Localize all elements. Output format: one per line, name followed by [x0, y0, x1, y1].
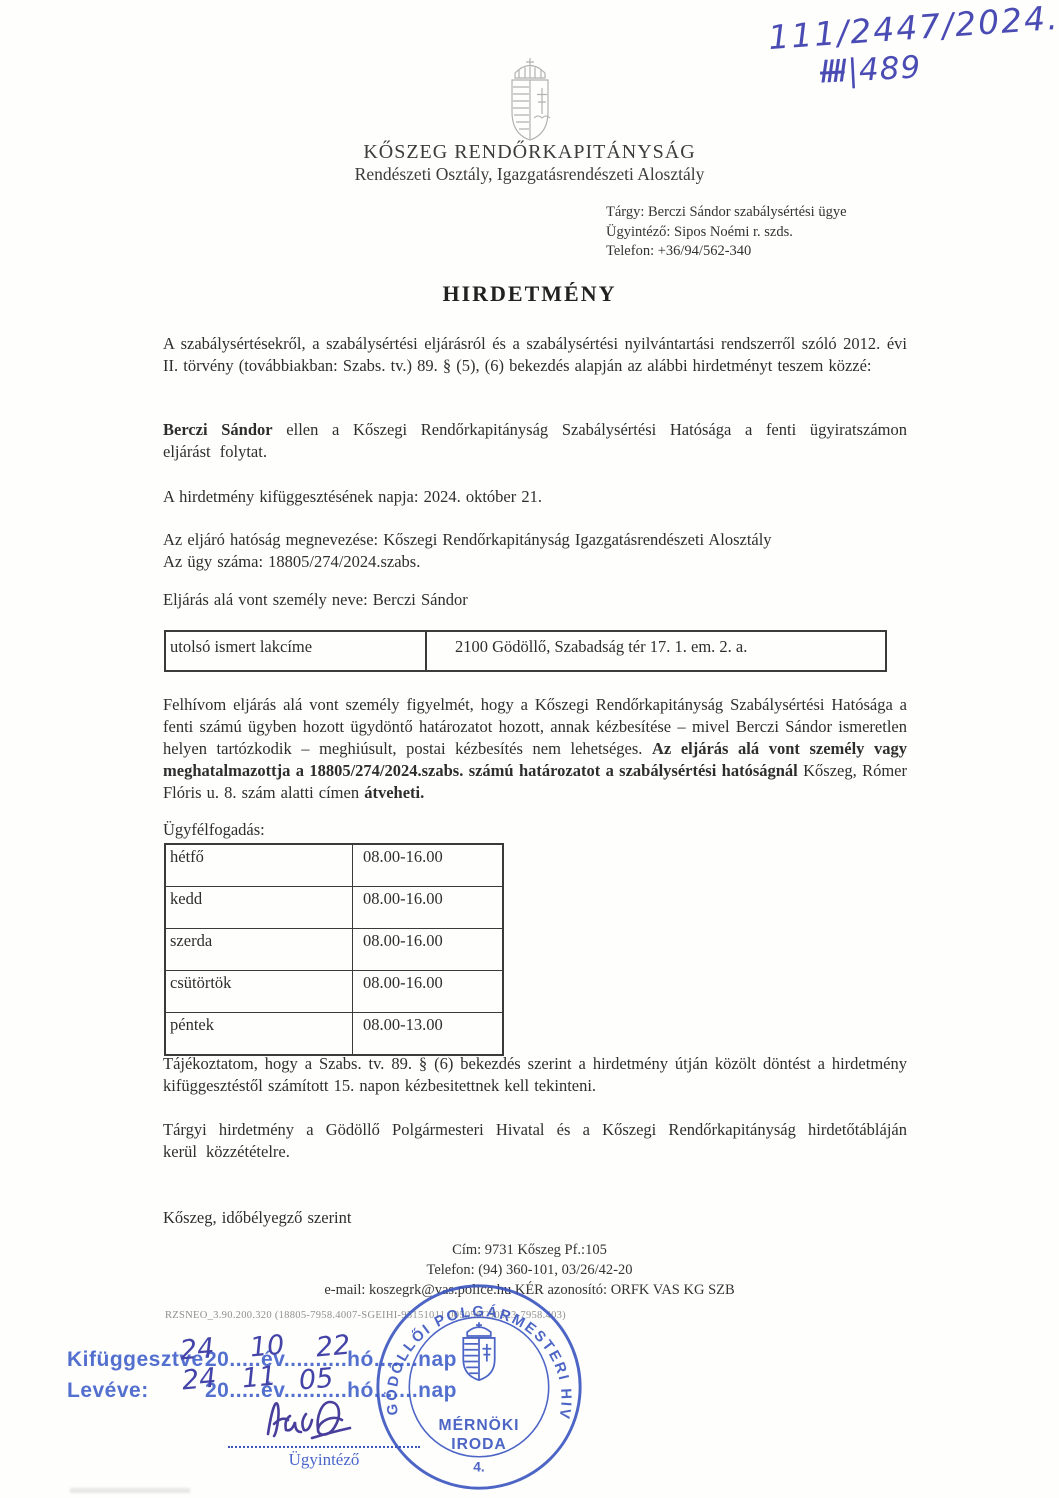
- org-department: Rendészeti Osztály, Igazgatásrendészeti …: [0, 164, 1059, 185]
- office-hours-table: hétfő 08.00-16.00 kedd 08.00-16.00 szerd…: [164, 843, 504, 1056]
- office-hours-day: csütörtök: [165, 971, 353, 1013]
- office-hours-value: 08.00-13.00: [353, 1013, 504, 1056]
- office-hours-value: 08.00-16.00: [353, 844, 504, 887]
- round-stamp-number: 4.: [473, 1459, 484, 1474]
- table-row: csütörtök 08.00-16.00: [165, 971, 503, 1013]
- hungarian-coat-of-arms-icon: [498, 56, 562, 149]
- footer-phone: Telefon: (94) 360-101, 03/26/42-20: [0, 1262, 1059, 1279]
- office-hours-day: hétfő: [165, 844, 353, 887]
- table-row: szerda 08.00-16.00: [165, 929, 503, 971]
- round-stamp-center-line1: MÉRNÖKI: [439, 1415, 520, 1434]
- round-stamp-ring-text: GÖDÖLLŐI POLGÁRMESTERI HIVATAL: [368, 1281, 574, 1421]
- footer-address: Cím: 9731 Kőszeg Pf.:105: [0, 1242, 1059, 1259]
- paragraph-delivery-notice: Felhívom eljárás alá vont személy figyel…: [163, 694, 907, 804]
- scan-artifact-smudge: [70, 1488, 190, 1493]
- table-row: péntek 08.00-13.00: [165, 1013, 503, 1056]
- case-number-line: Az ügy száma: 18805/274/2024.szabs.: [163, 551, 907, 573]
- authority-name-line: Az eljáró hatóság megnevezése: Kőszegi R…: [163, 529, 907, 551]
- office-hours-day: péntek: [165, 1013, 353, 1056]
- handwritten-posted-month: 10: [249, 1330, 286, 1364]
- meta-block: Tárgy: Berczi Sándor szabálysértési ügye…: [606, 203, 847, 262]
- handwritten-removed-year: 24: [181, 1363, 218, 1397]
- document-title: HIRDETMÉNY: [0, 281, 1059, 307]
- office-hours-value: 08.00-16.00: [353, 971, 504, 1013]
- handwritten-posted-day: 22: [315, 1330, 352, 1364]
- tally-rest: |489: [847, 49, 922, 89]
- paragraph-place-date: Kőszeg, időbélyegző szerint: [163, 1207, 907, 1229]
- office-hours-day: szerda: [165, 929, 353, 971]
- table-row: hétfő 08.00-16.00: [165, 844, 503, 887]
- paragraph-publication-places: Tárgyi hirdetmény a Gödöllő Polgármester…: [163, 1119, 907, 1163]
- meta-subject: Tárgy: Berczi Sándor szabálysértési ügye: [606, 203, 847, 223]
- meta-clerk: Ügyintéző: Sipos Noémi r. szds.: [606, 223, 847, 243]
- office-hours-heading: Ügyfélfogadás:: [163, 820, 265, 840]
- handwritten-case-number: 111/2447/2024.: [767, 0, 1059, 57]
- address-table-value: 2100 Gödöllő, Szabadság tér 17. 1. em. 2…: [427, 632, 885, 670]
- handwritten-tally-number: IIII|489: [819, 49, 922, 90]
- office-hours-day: kedd: [165, 887, 353, 929]
- tally-marks: IIII: [819, 53, 845, 90]
- office-hours-value: 08.00-16.00: [353, 887, 504, 929]
- delivery-notice-bold2: átveheti.: [364, 783, 424, 802]
- paragraph-subject-person: Berczi Sándor ellen a Kőszegi Rendőrkapi…: [163, 419, 907, 463]
- round-stamp: GÖDÖLLŐI POLGÁRMESTERI HIVATAL MÉRNÖKI I…: [368, 1281, 590, 1498]
- scan-artifact-band: [0, 473, 1059, 480]
- office-hours-value: 08.00-16.00: [353, 929, 504, 971]
- paragraph-legal-basis: A szabálysértésekről, a szabálysértési e…: [163, 333, 907, 377]
- org-name: KŐSZEG RENDŐRKAPITÁNYSÁG: [0, 141, 1059, 164]
- scanned-document-page: 111/2447/2024. IIII|489 KŐSZEG RENDŐRKAP…: [0, 0, 1059, 1498]
- table-row: kedd 08.00-16.00: [165, 887, 503, 929]
- meta-phone: Telefon: +36/94/562-340: [606, 242, 847, 262]
- paragraph-posting-date: A hirdetmény kifüggesztésének napja: 202…: [163, 486, 907, 508]
- subject-person-name: Berczi Sándor: [163, 420, 273, 439]
- stamp-coat-of-arms-icon: [463, 1322, 494, 1380]
- address-table-label: utolsó ismert lakcíme: [166, 632, 427, 670]
- paragraph-authority: Az eljáró hatóság megnevezése: Kőszegi R…: [163, 529, 907, 573]
- round-stamp-center-line2: IRODA: [451, 1436, 506, 1453]
- paragraph-person-name: Eljárás alá vont személy neve: Berczi Sá…: [163, 589, 907, 611]
- address-table: utolsó ismert lakcíme 2100 Gödöllő, Szab…: [164, 630, 887, 672]
- handwritten-posted-year: 24: [179, 1333, 216, 1367]
- subject-person-rest: ellen a Kőszegi Rendőrkapitányság Szabál…: [163, 420, 907, 461]
- svg-text:GÖDÖLLŐI POLGÁRMESTERI HIVATAL: GÖDÖLLŐI POLGÁRMESTERI HIVATAL: [368, 1281, 574, 1421]
- paragraph-deemed-delivered: Tájékoztatom, hogy a Szabs. tv. 89. § (6…: [163, 1053, 907, 1097]
